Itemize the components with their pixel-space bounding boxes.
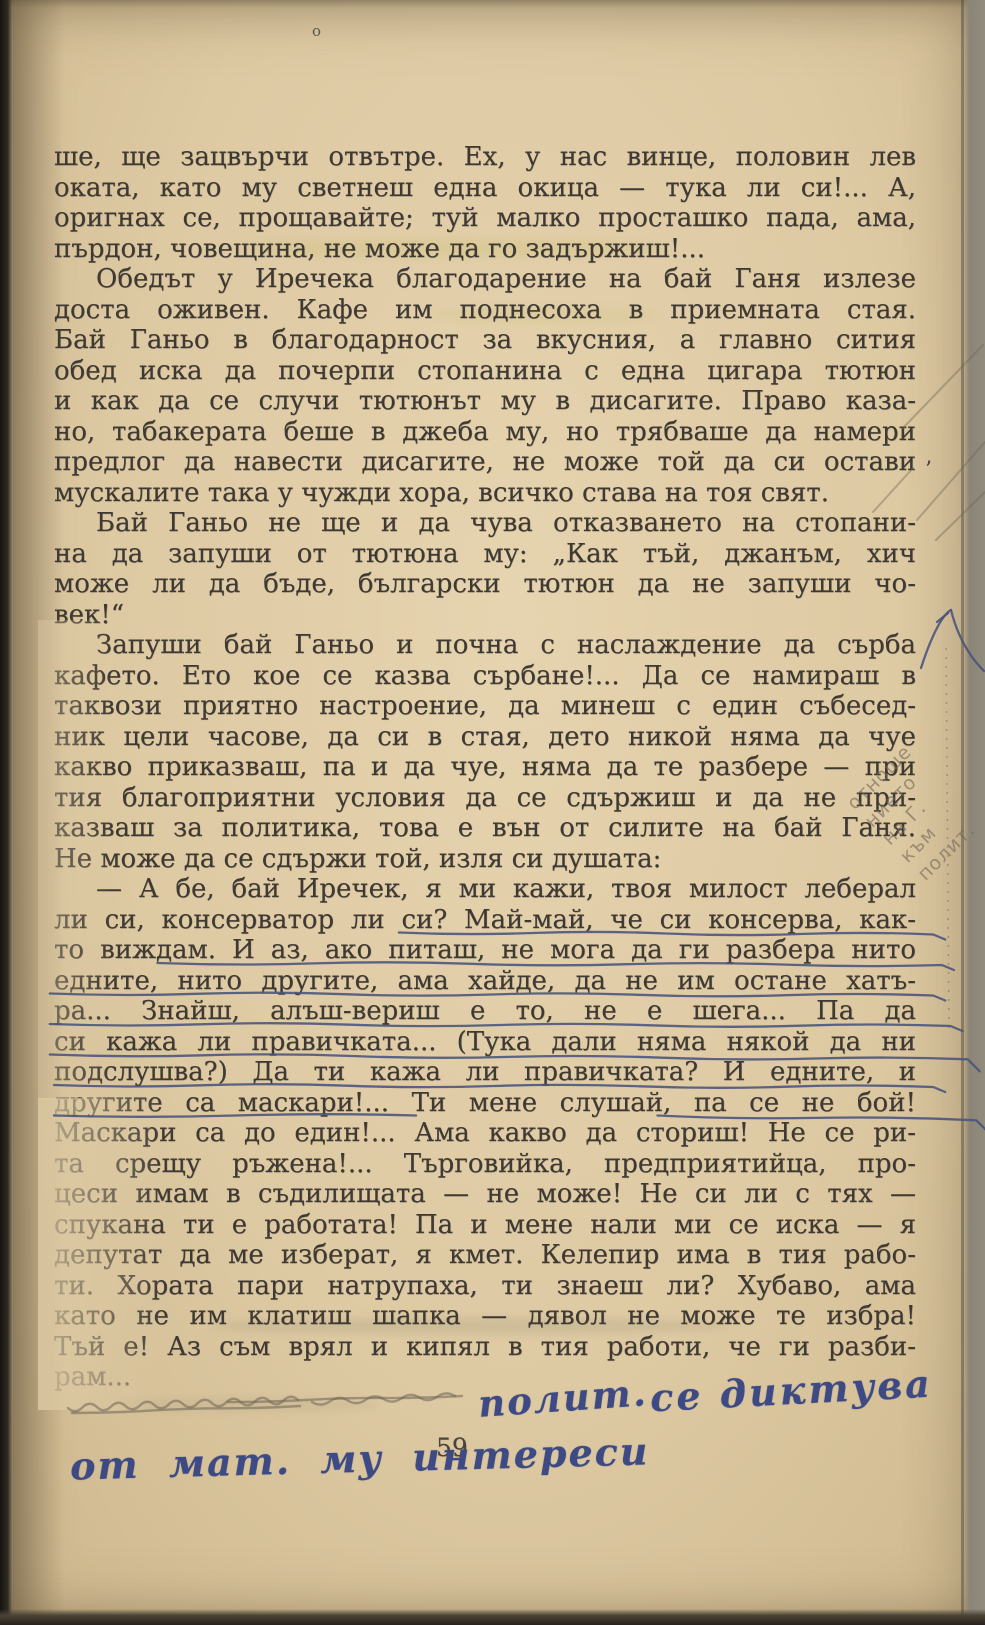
printed-line: и как да се случи тютюнът му в дисагите.… <box>54 386 916 417</box>
printed-line: предлог да навести дисагите, не може той… <box>54 447 916 478</box>
printed-line: Бай Ганьо в благодарност за вкусния, а г… <box>54 325 916 356</box>
printed-line: оката, като му светнеш една окица — тука… <box>54 173 916 204</box>
scan-edge-bottom <box>0 1609 985 1625</box>
printed-line: оригнах се, прощавайте; туй малко проста… <box>54 203 916 234</box>
printed-line: — А бе, бай Иречек, я ми кажи, твоя мило… <box>54 874 916 905</box>
printed-line: ше, ще зацвърчи отвътре. Ех, у нас винце… <box>54 142 916 173</box>
printed-line: кафето. Ето кое се казва сърбане!... Да … <box>54 661 916 692</box>
printed-line: пърдон, човещина, не може да го задържиш… <box>54 234 916 265</box>
printed-line: Маскари са до един!... Ама какво да стор… <box>54 1118 916 1149</box>
printed-line: ник цели часове, да си в стая, дето нико… <box>54 722 916 753</box>
printed-line: таквози приятно настроение, да минеш с е… <box>54 691 916 722</box>
printed-line: като не им клатиш шапка — дявол не може … <box>54 1301 916 1332</box>
printed-line: какво приказваш, па и да чуе, няма да те… <box>54 752 916 783</box>
printed-line: мускалите така у чужди хора, всичко став… <box>54 478 916 509</box>
scan-edge-left <box>0 0 14 1625</box>
book-page-scan: о ше, ще зацвърчи отвътре. Ех, у нас вин… <box>0 0 985 1625</box>
printed-line: подслушва?) Да ти кажа ли правичката? И … <box>54 1057 916 1088</box>
printed-line: си кажа ли правичката... (Тука дали няма… <box>54 1027 916 1058</box>
printed-line: другите са маскари!... Ти мене слушай, п… <box>54 1088 916 1119</box>
printed-line: спукана ти е работата! Па и мене нали ми… <box>54 1210 916 1241</box>
printed-text-block: ше, ще зацвърчи отвътре. Ех, у нас винце… <box>54 142 916 1393</box>
printed-line: едните, нито другите, ама хайде, да не и… <box>54 966 916 997</box>
printed-line: та срещу ръжена!... Търговийка, предприя… <box>54 1149 916 1180</box>
printed-line: на да запуши от тютюна му: „Как тъй, джа… <box>54 539 916 570</box>
printed-line: доста оживен. Кафе им поднесоха в приемн… <box>54 295 916 326</box>
printed-line: Обедът у Иречека благодарение на бай Ган… <box>54 264 916 295</box>
printed-line: казваш за политика, това е вън от силите… <box>54 813 916 844</box>
print-fade-overlay <box>38 620 113 1100</box>
ink-speck: о <box>312 22 321 40</box>
printed-line: обед иска да почерпи стопанина с една ци… <box>54 356 916 387</box>
printed-line: то виждам. И аз, ако питаш, не мога да г… <box>54 935 916 966</box>
printed-line: Запуши бай Ганьо и почна с наслаждение д… <box>54 630 916 661</box>
printed-line: депутат да ме изберат, я кмет. Келепир и… <box>54 1240 916 1271</box>
scan-edge-top <box>0 0 985 8</box>
printed-line: тия благоприятни условия да се сдържиш и… <box>54 783 916 814</box>
printed-line: цеси имам в съдилищата — не може! Не си … <box>54 1179 916 1210</box>
printed-line: Бай Ганьо не ще и да чува отказването на… <box>54 508 916 539</box>
printed-line: но, табакерата беше в джеба му, но трябв… <box>54 417 916 448</box>
printed-line: ти. Хората пари натрупаха, ти знаеш ли? … <box>54 1271 916 1302</box>
printed-line: Не може да се сдържи той, изля си душата… <box>54 844 916 875</box>
handwritten-note-ot-mat-mu-interesi: от мат. му интереси <box>70 1428 650 1488</box>
print-fade-overlay <box>38 1098 163 1410</box>
printed-line: може ли да бъде, български тютюн да не з… <box>54 569 916 600</box>
printed-line: ра... Знайш, алъш-вериш е то, не е шега.… <box>54 996 916 1027</box>
printed-line: век!“ <box>54 600 916 631</box>
printed-line: Тъй е! Аз съм врял и кипял в тия работи,… <box>54 1332 916 1363</box>
stray-pen-mark: ’ <box>925 458 932 483</box>
printed-line: ли си, консерватор ли си? Май-май, че си… <box>54 905 916 936</box>
